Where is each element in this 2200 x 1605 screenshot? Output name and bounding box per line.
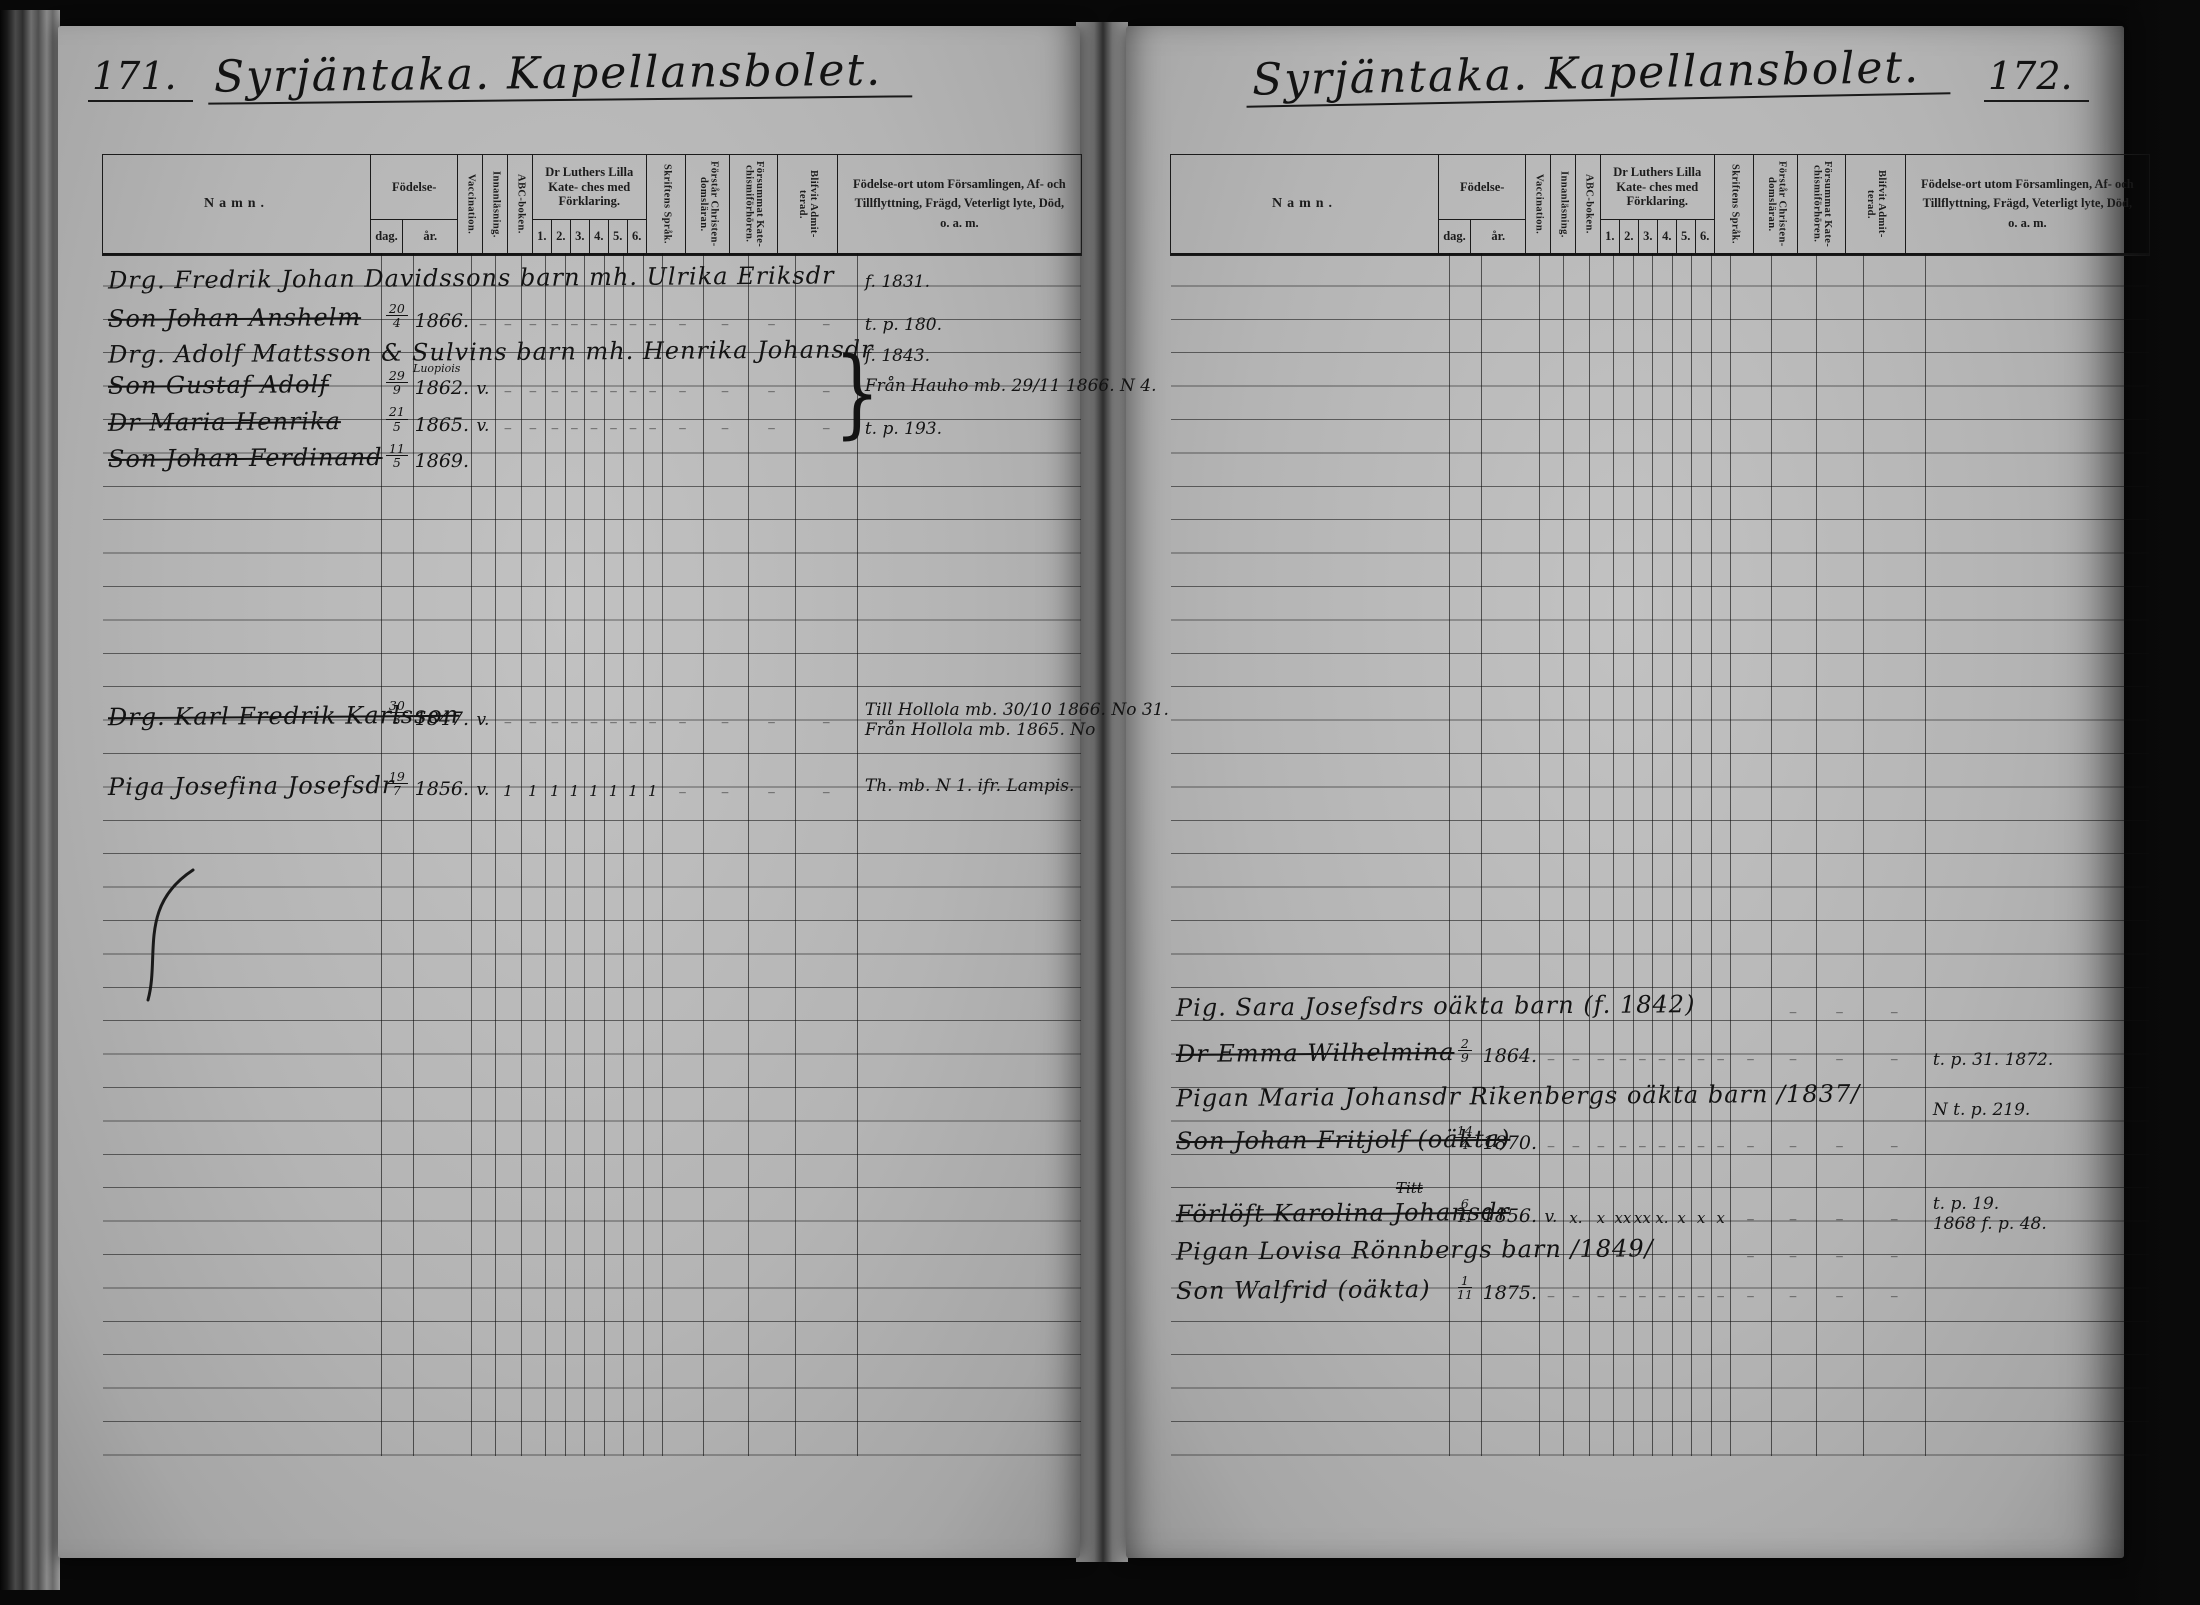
column-header-notes: Födelse-ort utom Församlingen, Af- och T… <box>1905 155 2149 253</box>
entry-ditto-dash: – <box>748 300 796 333</box>
kateches-col-4: 4. <box>1657 220 1676 253</box>
entry-ditto-dash: – <box>703 367 748 400</box>
column-header-forsummat-katechismiforhoren: Försummat Kate- chismiförhören. <box>729 155 776 253</box>
entry-ditto-dash: – <box>521 300 545 333</box>
entry-ditto-dash: – <box>1711 1121 1731 1154</box>
entry-birth-year: 1865. <box>413 403 471 436</box>
entry-birth-year: 1847. <box>413 697 471 730</box>
column-header-notes: Födelse-ort utom Församlingen, Af- och T… <box>837 155 1081 253</box>
entry-note: Th. mb. N 1. ifr. Lampis. <box>857 764 1081 797</box>
entry-ditto-dash: – <box>623 697 643 730</box>
entry-birth-day: 115 <box>381 440 413 473</box>
photo-right-shadow <box>2120 0 2200 1605</box>
column-header-blifvit-admitterad: Blifvit Admit- terad. <box>1845 155 1905 253</box>
column-header-vaccination: Vaccination. <box>1525 155 1549 253</box>
entry-ditto-dash: – <box>623 367 643 400</box>
entry-birth-year: 1869. <box>413 440 471 473</box>
kateches-col-5: 5. <box>1676 220 1695 253</box>
kateches-col-3: 3. <box>1638 220 1657 253</box>
entry-ditto-dash: – <box>623 300 643 333</box>
column-header-namn: Namn. <box>103 155 370 253</box>
kateches-col-2: 2. <box>1619 220 1638 253</box>
entry-ditto-dash: – <box>643 403 663 436</box>
entry-ditto-dash: – <box>584 403 604 436</box>
entry-ditto-dash: – <box>1816 988 1864 1021</box>
entry-ditto-dash: – <box>748 367 796 400</box>
entry-ditto-dash: – <box>1771 1035 1816 1068</box>
book-page-stack-edge <box>0 10 60 1590</box>
entry-ditto-dash: – <box>1539 1035 1563 1068</box>
entry-ditto-dash: – <box>1816 1121 1864 1154</box>
entry-note: t. p. 193. <box>857 407 1081 440</box>
entry-ditto-dash: – <box>748 697 796 730</box>
entry-ditto-dash: – <box>1589 1121 1613 1154</box>
entry-ditto-dash: – <box>604 697 624 730</box>
fodelse-label: Födelse- <box>1439 155 1525 219</box>
pen-stroke <box>98 866 218 1006</box>
entry-ditto-dash: – <box>643 300 663 333</box>
record-table-header: Namn. Födelse- dag. år. Vaccination. Inn… <box>1171 155 2149 255</box>
entry-ditto-dash: – <box>1863 1272 1925 1305</box>
entry-ditto-dash: – <box>1730 1272 1770 1305</box>
column-header-kateches: Dr Luthers Lilla Kate- ches med Förklari… <box>1600 155 1714 253</box>
entry-ditto-dash: – <box>584 367 604 400</box>
entry-ditto-dash: – <box>521 403 545 436</box>
record-table-header: Namn. Födelse- dag. år. Vaccination. Inn… <box>103 155 1081 255</box>
entry-exam-mark: x <box>1691 1195 1711 1228</box>
entry-name: Pig. Sara Josefsdrs oäkta barn (f. 1842) <box>1171 988 2149 1021</box>
column-header-vaccination: Vaccination. <box>457 155 481 253</box>
entry-ditto-dash: – <box>545 697 565 730</box>
entry-birth-day: 611 <box>1449 1195 1481 1228</box>
entry-ditto-dash: – <box>1563 1035 1588 1068</box>
entry-note: f. 1831. <box>857 260 1081 293</box>
entry-note: 1868 f. p. 48. <box>1925 1202 2149 1235</box>
entry-ditto-dash: – <box>662 403 702 436</box>
entry-ditto-dash: – <box>1563 1121 1588 1154</box>
entry-ditto-dash: – <box>1816 1272 1864 1305</box>
entry-exam-mark: 1 <box>584 767 604 800</box>
kateches-col-6: 6. <box>627 220 646 253</box>
entry-ditto-dash: – <box>662 697 702 730</box>
entry-ditto-dash: – <box>1863 1232 1925 1265</box>
book-spread-photo: { "colors": {"page_background": "#b5b5b5… <box>0 0 2200 1605</box>
record-table: Namn. Födelse- dag. år. Vaccination. Inn… <box>102 154 1082 256</box>
entry-vaccination-mark: v. <box>1539 1195 1563 1228</box>
entry-ditto-dash: – <box>1589 1035 1613 1068</box>
entry-exam-mark: 1 <box>643 767 663 800</box>
entry-ditto-dash: – <box>1563 1272 1588 1305</box>
entry-ditto-dash: – <box>1691 1272 1711 1305</box>
entry-ditto-dash: – <box>703 697 748 730</box>
entry-ditto-dash: – <box>1539 1272 1563 1305</box>
entry-ditto-dash: – <box>1589 1272 1613 1305</box>
kateches-label: Dr Luthers Lilla Kate- ches med Förklari… <box>533 155 646 219</box>
entry-ditto-dash: – <box>584 697 604 730</box>
entry-ditto-dash: – <box>521 697 545 730</box>
entry-birth-year: 1870. <box>1481 1121 1539 1154</box>
page-title: Syrjäntaka. Kapellansbolet. <box>208 44 913 104</box>
entry-birth-year: 1864. <box>1481 1035 1539 1068</box>
column-header-kateches: Dr Luthers Lilla Kate- ches med Förklari… <box>532 155 646 253</box>
entry-ditto-dash: – <box>1672 1035 1692 1068</box>
page-number: 172. <box>1984 54 2089 102</box>
kateches-col-1: 1. <box>533 220 551 253</box>
entry-ditto-dash: – <box>1863 1195 1925 1228</box>
column-header-fodelse: Födelse- dag. år. <box>370 155 457 253</box>
fodelse-label: Födelse- <box>371 155 457 219</box>
entry-ditto-dash: – <box>795 697 857 730</box>
row-group-brace: } <box>834 345 880 442</box>
entry-ditto-dash: – <box>604 403 624 436</box>
entry-ditto-dash: – <box>703 300 748 333</box>
entry-note: Från Hollola mb. 1865. No <box>857 707 1081 740</box>
entry-birth-place-note: Luopiois <box>413 362 460 375</box>
column-header-skriftens-sprak: Skriftens Språk. <box>646 155 686 253</box>
entry-vaccination-mark: v. <box>471 367 495 400</box>
entry-exam-mark: x. <box>1563 1195 1588 1228</box>
column-header-fodelse: Födelse- dag. år. <box>1438 155 1525 253</box>
entry-exam-mark: x <box>1672 1195 1692 1228</box>
entry-ditto-dash: – <box>495 367 520 400</box>
entry-note: Från Hauho mb. 29/11 1866. N 4. <box>857 363 1081 396</box>
entry-ditto-dash: – <box>604 300 624 333</box>
entry-ditto-dash: – <box>1613 1272 1633 1305</box>
entry-exam-mark: 1 <box>521 767 545 800</box>
book-binding-gutter <box>1076 22 1128 1562</box>
entry-exam-mark: 1 <box>623 767 643 800</box>
entry-ditto-dash: – <box>1633 1272 1653 1305</box>
entry-ditto-dash: – <box>1730 1232 1770 1265</box>
entry-ditto-dash: – <box>1816 1195 1864 1228</box>
entry-ditto-dash: – <box>1613 1121 1633 1154</box>
entry-ditto-dash: – <box>795 300 857 333</box>
entry-ditto-dash: – <box>545 367 565 400</box>
entry-ditto-dash: – <box>1816 1232 1864 1265</box>
entry-ditto-dash: – <box>623 403 643 436</box>
kateches-col-6: 6. <box>1695 220 1714 253</box>
record-table-body: Pig. Sara Josefsdrs oäkta barn (f. 1842)… <box>1171 253 2149 1456</box>
entry-ditto-dash: – <box>643 697 663 730</box>
entry-ditto-dash: – <box>1730 1121 1770 1154</box>
entry-ditto-dash: – <box>1672 1272 1692 1305</box>
entry-ditto-dash: – <box>1863 1035 1925 1068</box>
entry-birth-year: 1856. <box>413 767 471 800</box>
entry-ditto-dash: – <box>662 300 702 333</box>
entry-birth-year: 1866. <box>413 300 471 333</box>
entry-ditto-dash: – <box>1771 1272 1816 1305</box>
entry-ditto-dash: – <box>1691 1035 1711 1068</box>
entry-name: Son Johan Ferdinand <box>103 440 1081 473</box>
entry-ditto-dash: – <box>495 300 520 333</box>
column-header-skriftens-sprak: Skriftens Språk. <box>1714 155 1754 253</box>
entry-note: N t. p. 219. <box>1925 1088 2149 1121</box>
page-number: 171. <box>88 54 193 102</box>
entry-ditto-dash: – <box>1691 1121 1711 1154</box>
entry-exam-mark: 1 <box>604 767 624 800</box>
column-header-innanlasning: Innanläsning. <box>1550 155 1575 253</box>
entry-ditto-dash: – <box>584 300 604 333</box>
entry-note: f. 1843. <box>857 333 1081 366</box>
kateches-col-3: 3. <box>570 220 589 253</box>
entry-ditto-dash: – <box>1863 988 1925 1021</box>
entry-ditto-dash: – <box>1633 1121 1653 1154</box>
entry-note: t. p. 31. 1872. <box>1925 1038 2149 1071</box>
entry-exam-mark: xx <box>1633 1195 1653 1228</box>
entry-birth-day: 144 <box>1449 1121 1481 1154</box>
page-title: Syrjäntaka. Kapellansbolet. <box>1246 41 1951 108</box>
column-header-innanlasning: Innanläsning. <box>482 155 507 253</box>
entry-birth-day: 111 <box>1449 1272 1481 1305</box>
record-table: Namn. Födelse- dag. år. Vaccination. Inn… <box>1170 154 2150 256</box>
column-header-forsummat-katechismiforhoren: Försummat Kate- chismiförhören. <box>1797 155 1844 253</box>
kateches-col-4: 4. <box>589 220 608 253</box>
entry-ditto-dash: – <box>565 697 585 730</box>
entry-birth-day: 303 <box>381 697 413 730</box>
entry-ditto-dash: – <box>1652 1121 1672 1154</box>
entry-ditto-dash: – <box>748 767 796 800</box>
entry-note: t. p. 180. <box>857 303 1081 336</box>
entry-exam-mark: 1 <box>565 767 585 800</box>
column-header-forstar-christendomslaran: Förstår Christen- domsläran. <box>1753 155 1797 253</box>
entry-exam-mark: 1 <box>545 767 565 800</box>
entry-ditto-dash: – <box>1771 1121 1816 1154</box>
column-header-namn: Namn. <box>1171 155 1438 253</box>
entry-exam-mark: xx <box>1613 1195 1633 1228</box>
entry-ditto-dash: – <box>565 300 585 333</box>
entry-exam-mark: 1 <box>495 767 520 800</box>
entry-birth-day: 204 <box>381 300 413 333</box>
entry-birth-day: 299 <box>381 367 413 400</box>
entry-ditto-dash: – <box>703 767 748 800</box>
entry-vaccination-mark: v. <box>471 767 495 800</box>
entry-ditto-dash: – <box>662 367 702 400</box>
entry-ditto-dash: – <box>1771 988 1816 1021</box>
entry-exam-mark: x <box>1589 1195 1613 1228</box>
left-page: 171. Syrjäntaka. Kapellansbolet. Namn. F… <box>58 26 1080 1558</box>
entry-ditto-dash: – <box>1613 1035 1633 1068</box>
entry-ditto-dash: – <box>545 403 565 436</box>
entry-ditto-dash: – <box>1730 1035 1770 1068</box>
entry-birth-year: 1875. <box>1481 1272 1539 1305</box>
entry-ditto-dash: – <box>1539 1121 1563 1154</box>
column-header-dag: dag. <box>1439 220 1470 253</box>
entry-ditto-dash: – <box>1711 1272 1731 1305</box>
entry-ditto-dash: – <box>1863 1121 1925 1154</box>
entry-ditto-dash: – <box>565 367 585 400</box>
column-header-ar: år. <box>402 220 457 253</box>
kateches-label: Dr Luthers Lilla Kate- ches med Förklari… <box>1601 155 1714 219</box>
record-table-body: Drg. Fredrik Johan Davidssons barn mh. U… <box>103 253 1081 1456</box>
column-header-ar: år. <box>1470 220 1525 253</box>
entry-birth-day: 215 <box>381 403 413 436</box>
entry-birth-day: 197 <box>381 767 413 800</box>
entry-ditto-dash: – <box>1816 1035 1864 1068</box>
right-page: Syrjäntaka. Kapellansbolet. 172. Namn. F… <box>1126 26 2124 1558</box>
entry-vaccination-mark: v. <box>471 403 495 436</box>
entry-ditto-dash: – <box>1652 1035 1672 1068</box>
entry-ditto-dash: – <box>662 767 702 800</box>
entry-ditto-dash: – <box>1672 1121 1692 1154</box>
entry-name: Pigan Lovisa Rönnbergs barn /1849/ <box>1171 1232 2149 1265</box>
entry-ditto-dash: – <box>604 367 624 400</box>
column-header-blifvit-admitterad: Blifvit Admit- terad. <box>777 155 837 253</box>
entry-exam-mark: x. <box>1652 1195 1672 1228</box>
entry-ditto-dash: – <box>1633 1035 1653 1068</box>
column-header-abc-boken: ABC-boken. <box>1575 155 1599 253</box>
entry-ditto-dash: – <box>565 403 585 436</box>
entry-vaccination-mark: v. <box>471 697 495 730</box>
entry-ditto-dash: – <box>1652 1272 1672 1305</box>
column-header-dag: dag. <box>371 220 402 253</box>
entry-ditto-dash: – <box>521 367 545 400</box>
entry-ditto-dash: – <box>471 300 495 333</box>
entry-birth-year: 1856. <box>1481 1195 1539 1228</box>
entry-ditto-dash: – <box>1711 1035 1731 1068</box>
entry-ditto-dash: – <box>495 697 520 730</box>
entry-ditto-dash: – <box>1730 1195 1770 1228</box>
entry-ditto-dash: – <box>795 767 857 800</box>
entry-ditto-dash: – <box>703 403 748 436</box>
kateches-col-1: 1. <box>1601 220 1619 253</box>
entry-ditto-dash: – <box>748 403 796 436</box>
entry-ditto-dash: – <box>1771 1232 1816 1265</box>
entry-exam-mark: x <box>1711 1195 1731 1228</box>
column-header-abc-boken: ABC-boken. <box>507 155 531 253</box>
entry-birth-day: 29 <box>1449 1035 1481 1068</box>
kateches-col-2: 2. <box>551 220 570 253</box>
kateches-col-5: 5. <box>608 220 627 253</box>
entry-ditto-dash: – <box>495 403 520 436</box>
entry-ditto-dash: – <box>1771 1195 1816 1228</box>
entry-ditto-dash: – <box>545 300 565 333</box>
column-header-forstar-christendomslaran: Förstår Christen- domsläran. <box>685 155 729 253</box>
entry-ditto-dash: – <box>643 367 663 400</box>
